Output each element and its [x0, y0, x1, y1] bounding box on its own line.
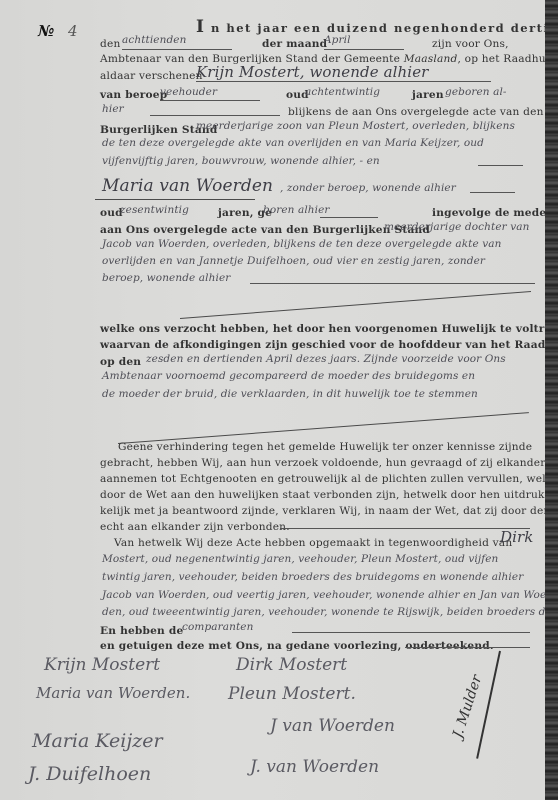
signature-bride-mother: J. Duifelhoen — [28, 763, 151, 785]
printed-aan-ons: aan Ons overgelegde acte van den Burgerl… — [100, 224, 430, 236]
hw-afkondiging-1: zesden en dertienden April dezes jaars. … — [146, 353, 506, 365]
printed-en-hebben: En hebben de — [100, 625, 183, 637]
drop-cap: I — [196, 17, 205, 37]
record-number-value: 4 — [68, 22, 78, 40]
printed-zijn-voor-ons: zijn voor Ons, — [432, 38, 509, 50]
hw-witnesses-1: Mostert, oud negenentwintig jaren, veeho… — [102, 553, 498, 565]
hw-witnesses-3: Jacob van Woerden, oud veertig jaren, ve… — [102, 589, 555, 601]
year-text: n het jaar een duizend negenhonderd dert… — [211, 21, 558, 35]
printed-ingevolge: ingevolge de mede — [432, 207, 546, 219]
printed-op-den: op den — [100, 356, 141, 368]
signature-groom: Krijn Mostert — [44, 655, 160, 675]
printed-geene-3: aannemen tot Echtgenooten en getrouwelij… — [100, 473, 558, 485]
record-number-label: № — [38, 22, 54, 40]
fill-rule — [280, 528, 530, 529]
fill-rule — [196, 81, 491, 82]
hw-groom-parents-2: de ten deze overgelegde akte van overlij… — [102, 137, 484, 149]
hw-bride-born: boren alhier — [263, 204, 330, 216]
fill-rule — [292, 632, 530, 633]
signature-witness-dirk: Dirk Mostert — [236, 655, 347, 675]
fill-rule — [324, 49, 404, 50]
signature-groom-mother: Maria Keijzer — [32, 730, 163, 752]
raadhuis-text: , op het Raadhuis — [458, 53, 555, 65]
printed-den: den — [100, 38, 120, 50]
hw-groom-parents-3: vijfenvijftig jaren, bouwvrouw, wonende … — [102, 155, 380, 167]
printed-welke-1: welke ons verzocht hebben, het door hen … — [100, 323, 558, 335]
printed-en-getuigen: en getuigen deze met Ons, na gedane voor… — [100, 640, 494, 652]
fill-rule — [122, 49, 232, 50]
printed-geene-1: Geene verhindering tegen het gemelde Huw… — [118, 441, 532, 453]
printed-vanhetwelk: Van hetwelk Wij deze Acte hebben opgemaa… — [114, 537, 512, 549]
hw-witness-start: Dirk — [500, 528, 533, 546]
fill-rule — [160, 100, 260, 101]
signature-bride: Maria van Woerden. — [36, 684, 190, 702]
printed-der-maand: der maand — [262, 38, 327, 50]
fill-rule — [478, 165, 523, 166]
fill-rule — [320, 217, 378, 218]
fill-rule — [250, 283, 535, 284]
cancel-stroke — [180, 291, 531, 319]
printed-aldaar: aldaar verschenen — [100, 70, 203, 82]
printed-geene-2: gebracht, hebben Wij, aan hun verzoek vo… — [100, 457, 545, 469]
hw-afkondiging-3: de moeder der bruid, die verklaarden, in… — [102, 388, 478, 400]
hw-witnesses-4: den, oud tweeentwintig jaren, veehouder,… — [102, 606, 558, 618]
underline-rule — [95, 199, 255, 200]
printed-line-year: I n het jaar een duizend negenhonderd de… — [196, 17, 558, 37]
printed-van-beroep: van beroep — [100, 89, 167, 101]
printed-geene-5: kelijk met ja beantwoord zijnde, verklar… — [100, 505, 550, 517]
hw-bride-parents-2: Jacob van Woerden, overleden, blijkens d… — [102, 238, 501, 250]
printed-welke-2: waarvan de afkondigingen zijn geschied v… — [100, 339, 558, 351]
hw-bride-parents-1: meerderjarige dochter van — [384, 221, 529, 233]
registrar-flourish — [476, 651, 501, 759]
hw-geboren: geboren al- — [445, 86, 507, 98]
printed-geene-6: echt aan elkander zijn verbonden. — [100, 521, 290, 533]
fill-rule — [405, 647, 530, 648]
fill-rule — [470, 192, 515, 193]
fill-rule — [150, 115, 280, 116]
hw-groom-occupation: veehouder — [160, 86, 217, 98]
hw-bride-rest: , zonder beroep, wonende alhier — [280, 182, 456, 194]
signature-witness-jacob: J van Woerden — [270, 716, 395, 736]
printed-jaren: jaren — [412, 89, 444, 101]
hw-bride-parents-3: overlijden en van Jannetje Duifelhoen, o… — [102, 255, 485, 267]
hw-witnesses-2: twintig jaren, veehouder, beiden broeder… — [102, 571, 523, 583]
hw-bride-age: zesentwintig — [120, 204, 189, 216]
signature-witness-jan: J. van Woerden — [250, 757, 379, 777]
hw-afkondiging-2: Ambtenaar voornoemd gecompareerd de moed… — [102, 370, 475, 382]
document-page: № 4 I n het jaar een duizend negenhonder… — [0, 0, 545, 800]
hw-groom-age: achtentwintig — [305, 86, 380, 98]
hw-month: April — [324, 34, 351, 46]
hw-groom: Krijn Mostert, wonende alhier — [196, 63, 428, 81]
signature-registrar: J. Mulder — [450, 673, 485, 740]
signature-witness-pleun: Pleun Mostert. — [228, 684, 356, 704]
cancel-stroke — [118, 412, 529, 444]
printed-geene-4: door de Wet aan den huwelijken staat ver… — [100, 489, 548, 501]
hw-bride-parents-4: beroep, wonende alhier — [102, 272, 230, 284]
hw-comparanten: comparanten — [182, 621, 253, 633]
printed-blijkens: blijkens de aan Ons overgelegde acte van… — [288, 106, 544, 118]
hw-day: achttienden — [122, 34, 186, 46]
hw-bride: Maria van Woerden — [102, 176, 273, 196]
hw-hier: hier — [102, 103, 124, 115]
hw-groom-parents-1: meerderjarige zoon van Pleun Mostert, ov… — [196, 120, 515, 132]
binding-edge — [545, 0, 558, 800]
